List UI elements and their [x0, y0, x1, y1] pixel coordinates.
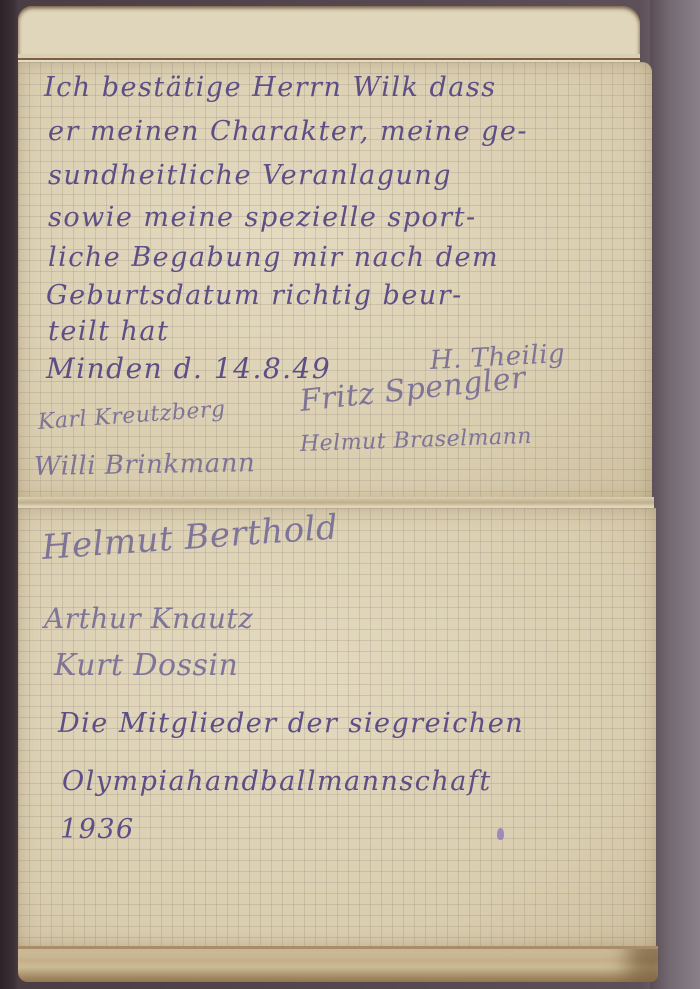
- caption-year: 1936: [60, 814, 135, 845]
- page-stack-top: [18, 6, 640, 66]
- caption-line: Die Mitglieder der siegreichen: [58, 708, 524, 739]
- signature: Helmut Berthold: [41, 507, 340, 568]
- handwritten-line: er meinen Charakter, meine ge-: [48, 116, 528, 147]
- ink-blot: [497, 828, 504, 840]
- handwritten-line: Ich bestätige Herrn Wilk dass: [44, 72, 497, 103]
- signature: Helmut Braselmann: [300, 424, 533, 457]
- handwritten-line: sowie meine spezielle sport-: [48, 202, 477, 233]
- place-date: Minden d. 14.8.49: [46, 352, 331, 385]
- signature: Willi Brinkmann: [34, 448, 256, 482]
- notebook-page-bottom: Helmut Berthold Arthur Knautz Kurt Dossi…: [18, 508, 656, 948]
- handwritten-line: Geburtsdatum richtig beur-: [46, 280, 463, 311]
- handwritten-line: liche Begabung mir nach dem: [48, 242, 499, 273]
- caption-line: Olympiahandballmannschaft: [62, 766, 492, 797]
- signature: Arthur Knautz: [44, 602, 253, 635]
- signature: Karl Kreutzberg: [37, 397, 226, 435]
- background-surface: [650, 0, 700, 989]
- signature: Kurt Dossin: [54, 648, 238, 683]
- signature: Fritz Spengler: [298, 360, 527, 419]
- notebook-page-top: Ich bestätige Herrn Wilk dass er meinen …: [18, 62, 652, 502]
- page-stack-bottom: [18, 946, 658, 982]
- handwritten-line: sundheitliche Veranlagung: [48, 160, 452, 191]
- handwritten-line: teilt hat: [48, 316, 169, 347]
